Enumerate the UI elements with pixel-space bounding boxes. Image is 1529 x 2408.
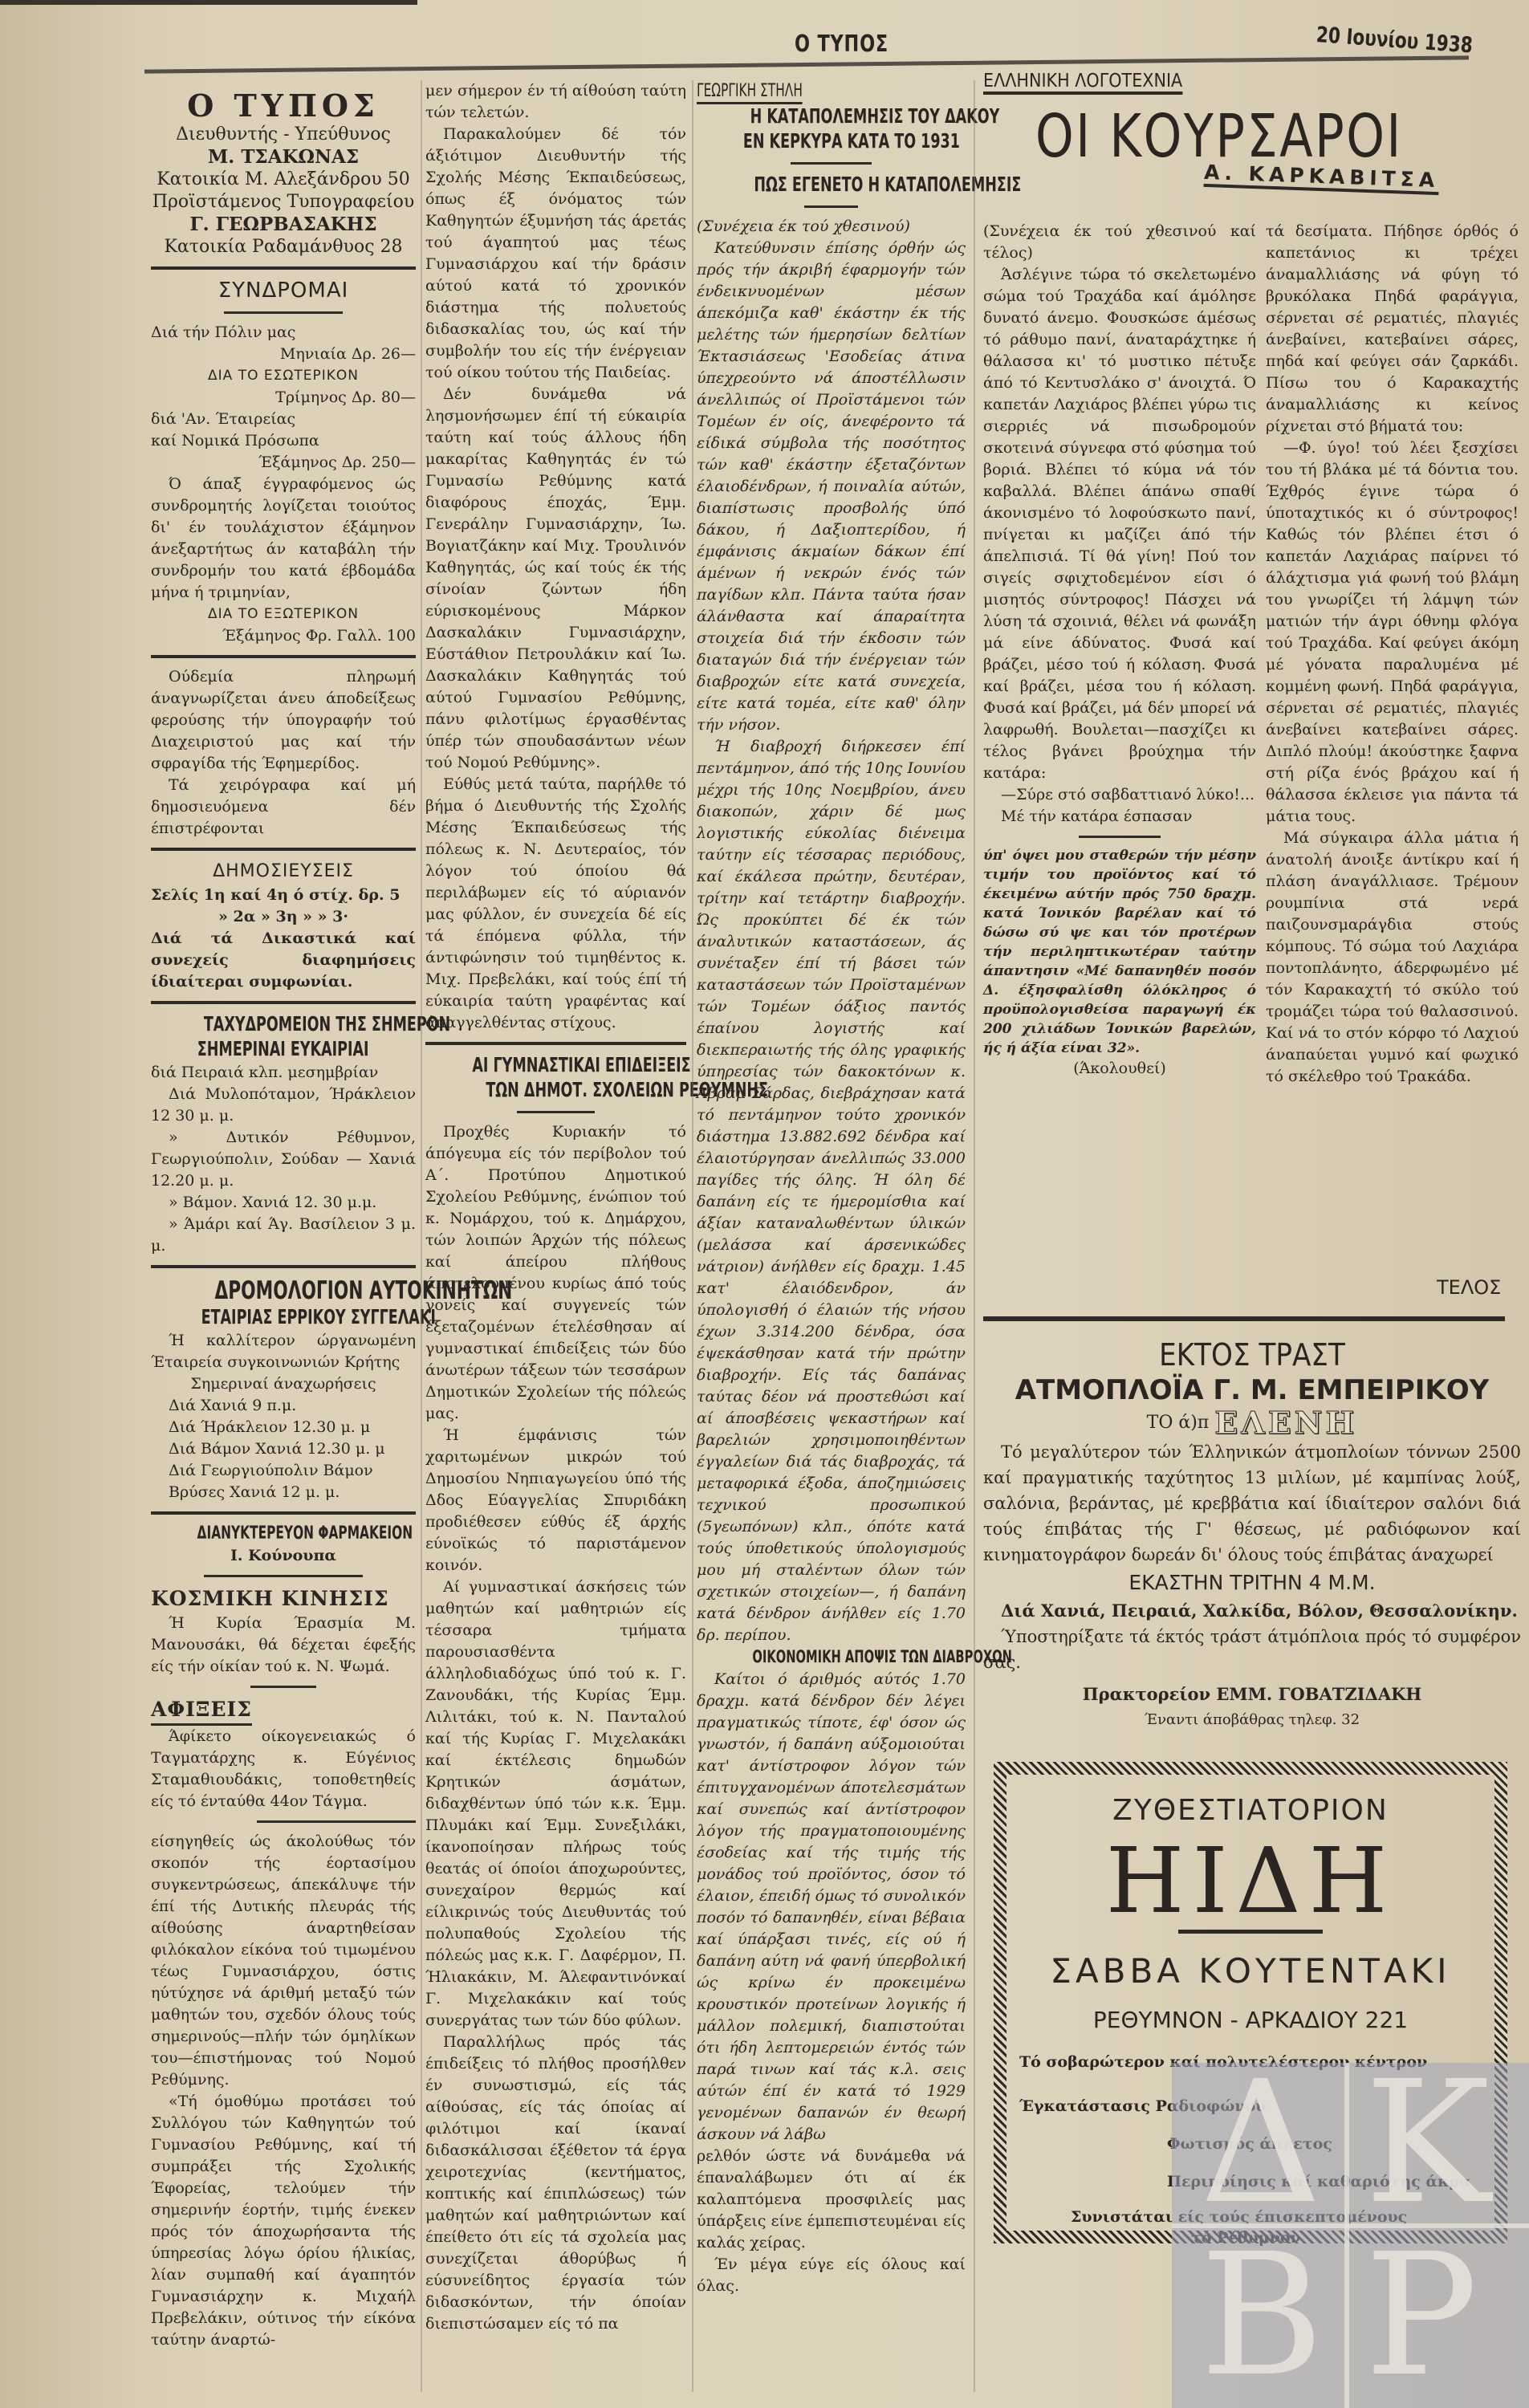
divider [224, 311, 344, 314]
section-label-agriculture: ΓΕΩΡΓΙΚΗ ΣΤΗΛΗ [697, 80, 803, 104]
watermark-letter: Κ [1364, 2063, 1490, 2223]
post-line: » Βάμον. Χανιά 12. 30 μ.μ. [151, 1192, 416, 1214]
continued-article-text: είσηγηθείς ώς άκολούθως τόν σκοπόν τής έ… [151, 1831, 416, 2091]
column-1: Ο ΤΥΠΟΣ Διευθυντής - Υπεύθυνος Μ. ΤΣΑΚΩΝ… [151, 88, 416, 2351]
divider [425, 1042, 686, 1045]
agriculture-headline-2: ΕΝ ΚΕΡΚΥΡΑ ΚΑΤΑ ΤΟ 1931 [743, 129, 960, 153]
archive-watermark: Δ Κ Β Ρ [1172, 2063, 1529, 2408]
ship-ad-vessel: ΤΟ ά)π ΕΛΕΝΗ [983, 1407, 1521, 1439]
companies-label: διά 'Αν. Έταιρείας [151, 409, 416, 430]
article-text: Ή έμφάνισις τών χαριτωμένων μικρών τού Δ… [425, 1425, 686, 1576]
printer-address: Κατοικία Ραδαμάνθυος 28 [151, 236, 416, 258]
payment-note: Ούδεμία πληρωμή άναγνωρίζεται άνευ άποδε… [151, 666, 416, 775]
story-author: Α. ΚΑΡΚΑΒΙΤΣΑ [1204, 161, 1440, 195]
ship-schedule: ΕΚΑΣΤΗΝ ΤΡΙΤΗΝ 4 Μ.Μ. [983, 1568, 1521, 1598]
ship-description: Τό μεγαλύτερον τών Έλληνικών άτμοπλοίων … [983, 1439, 1521, 1568]
bus-intro: Ή καλλίτερον ώργανωμένη Έταιρεία συγκοιν… [151, 1330, 416, 1373]
manuscripts-note: Τά χειρόγραφα καί μή δημοσιευόμενα δέν έ… [151, 775, 416, 840]
divider [517, 1111, 596, 1113]
director-address: Κατοικία Μ. Αλεξάνδρου 50 [151, 169, 416, 191]
interior-price: Τρίμηνος Δρ. 80— [151, 387, 416, 409]
story-text: τά δεσίματα. Πήδησε όρθός ό καπετάνιος κ… [1266, 221, 1519, 437]
section-label-literature: ΕΛΛΗΝΙΚΗ ΛΟΓΟΤΕΧΝΙΑ [983, 71, 1182, 95]
post-line: » Δυτικόν Ρέθυμνον, Γεωργιούπολιν, Σούδα… [151, 1127, 416, 1192]
social-heading: ΚΟΣΜΙΚΗ ΚΙΝΗΣΙΣ [151, 1585, 416, 1613]
bus-heading-2: ΕΤΑΙΡΙΑΣ ΕΡΡΙΚΟΥ ΣΥΓΓΕΛΑΚΙ [201, 1305, 436, 1329]
continued-note: (Συνέχεια έκ τού χθεσινού καί τέλος) [983, 221, 1256, 264]
companies-label-2: καί Νομικά Πρόσωπα [151, 430, 416, 452]
companies-price: Έξάμηνος Δρ. 250— [151, 452, 416, 474]
ship-agency: Πρακτορείον ΕΜΜ. ΓΟΒΑΤΖΙΔΑΚΗ [983, 1682, 1521, 1707]
divider [151, 1511, 416, 1515]
ad-rates-heading: ΔΗΜΟΣΙΕΥΣΕΙΣ [151, 859, 416, 885]
column-2: μεν σήμερον έν τή αίθούση ταύτη τών τελε… [425, 80, 686, 2335]
article-text: Έν μέγα εύγε είς όλους καί όλας. [697, 2254, 966, 2297]
bus-line: Διά Γεωργιούπολιν Βάμον [151, 1460, 416, 1482]
column-rule [692, 80, 693, 2392]
divider [151, 1001, 416, 1004]
story-curse: —Σύρε στό σαβδαττιανό λύκο!... [983, 784, 1256, 806]
article-text: Δέν δυνάμεθα νά λησμονήσωμεν έπί τή εύκα… [425, 384, 686, 774]
article-text: Καίτοι ό άριθμός αύτός 1.70 δραχμ. κατά … [697, 1669, 966, 2146]
story-title: ΟΙ ΚΟΥΡΣΑΡΟΙ [1035, 104, 1403, 169]
divider [804, 205, 858, 208]
publisher-title: Ο ΤΥΠΟΣ [151, 88, 416, 124]
article-text: ρελθόν ώστε νά δυνάμεθα νά έπαναλάβωμεν … [697, 2146, 966, 2254]
printer-name: Γ. ΓΕΩΡΒΑΣΑΚΗΣ [151, 214, 416, 236]
newspaper-page: Ο ΤΥΠΟΣ 20 Ιουνίου 1938 Ο ΤΥΠΟΣ Διευθυντ… [0, 0, 1529, 2408]
social-text: Ή Κυρία Έρασμία Μ. Μανουσάκι, θά δέχεται… [151, 1613, 416, 1678]
divider [983, 1316, 1505, 1321]
story-end: ΤΕΛΟΣ [1437, 1276, 1501, 1299]
pharmacy-name: Ι. Κούνουπα [151, 1545, 416, 1567]
watermark-letter: Δ [1200, 2063, 1322, 2223]
publisher-box: Ο ΤΥΠΟΣ Διευθυντής - Υπεύθυνος Μ. ΤΣΑΚΩΝ… [151, 88, 416, 258]
post-office-box: ΤΑΧΥΔΡΟΜΕΙΟΝ ΤΗΣ ΣΗΜΕΡΟΝ ΣΗΜΕΡΙΝΑΙ ΕΥΚΑΙ… [151, 1012, 416, 1257]
school-headline-1: ΑΙ ΓΥΜΝΑΣΤΙΚΑΙ ΕΠΙΔΕΙΞΕΙΣ [472, 1053, 690, 1077]
divider [204, 1575, 363, 1577]
ad-rate-line-1: Σελίς 1η καί 4η ό στίχ. δρ. 5 [151, 885, 416, 906]
beer-ad-address: ΡΕΘΥΜΝΟΝ - ΑΡΚΑΔΙΟΥ 221 [1006, 2007, 1494, 2033]
printer-label: Προϊστάμενος Τυπογραφείου [151, 191, 416, 214]
ship-destinations: Διά Χανιά, Πειραιά, Χαλκίδα, Βόλον, Θεσσ… [983, 1598, 1521, 1624]
post-heading-1: ΤΑΧΥΔΡΟΜΕΙΟΝ ΤΗΣ ΣΗΜΕΡΟΝ [204, 1012, 450, 1036]
ship-support: Ύποστηρίξατε τά έκτός τράστ άτμόπλοια πρ… [983, 1624, 1521, 1675]
quote-text: «Τή όμοθύμω προτάσει τού Συλλόγου τών Κα… [151, 2091, 416, 2351]
director-label: Διευθυντής - Υπεύθυνος [151, 124, 416, 146]
column-4: (Συνέχεια έκ τού χθεσινού καί τέλος) Άσλ… [983, 221, 1256, 1080]
divider [151, 1265, 416, 1268]
pharmacy-heading: ΔΙΑΝΥΚΤΕΡΕΥΟΝ ΦΑΡΜΑΚΕΙΟΝ [197, 1523, 413, 1544]
interior-heading: ΔΙΑ ΤΟ ΕΣΩΤΕΡΙΚΟΝ [151, 365, 416, 387]
bus-schedule-box: ΔΡΟΜΟΛΟΓΙΟΝ ΑΥΤΟΚΙΝΗΤΩΝ ΕΤΑΙΡΙΑΣ ΕΡΡΙΚΟΥ… [151, 1276, 416, 1503]
divider [151, 848, 416, 851]
subscription-note: Ό άπαξ έγγραφόμενος ώς συνδρομητής λογίζ… [151, 474, 416, 604]
ad-rate-line-3: Διά τά Δικαστικά καί συνεχείς διαφημήσει… [151, 928, 416, 993]
article-text: Προχθές Κυριακήν τό άπόγευμα είς τόν περ… [425, 1121, 686, 1425]
watermark-letter: Β [1200, 2235, 1324, 2396]
ship-ad-company: ΑΤΜΟΠΛΟΪΑ Γ. Μ. ΕΜΠΕΙΡΙΚΟΥ [983, 1373, 1521, 1407]
article-text: Αί γυμναστικαί άσκήσεις τών μαθητών καί … [425, 1576, 686, 2032]
divider [151, 655, 416, 658]
ship-prefix: ΤΟ ά)π [1147, 1413, 1210, 1433]
ship-name: ΕΛΕΝΗ [1214, 1405, 1357, 1441]
city-price: Μηνιαία Δρ. 26— [151, 344, 416, 365]
director-name: Μ. ΤΣΑΚΩΝΑΣ [151, 146, 416, 169]
watermark-letter: Ρ [1364, 2235, 1478, 2396]
arrivals-text: Άφίκετο οίκογενειακώς ό Ταγματάρχης κ. Ε… [151, 1726, 416, 1812]
watermark-line [1344, 2063, 1349, 2408]
beer-ad-name: ΗΙΔΗ [1006, 1833, 1494, 1930]
story-text: —Φ. ύγο! τού λέει ξεσχίσει του τή βλάκα … [1266, 437, 1519, 828]
masthead-date: 20 Ιουνίου 1938 [1316, 22, 1474, 59]
masthead-title: Ο ΤΥΠΟΣ [795, 31, 889, 57]
divider [250, 1686, 317, 1688]
divider [257, 1820, 416, 1823]
article-text: μεν σήμερον έν τή αίθούση ταύτη τών τελε… [425, 80, 686, 124]
follows-note: (Άκολουθεί) [983, 1058, 1256, 1080]
article-text: Παραλλήλως πρός τάς έπιδείξεις τό πλήθος… [425, 2032, 686, 2335]
ad-rates-box: ΔΗΜΟΣΙΕΥΣΕΙΣ Σελίς 1η καί 4η ό στίχ. δρ.… [151, 859, 416, 993]
article-text: Ή διαβροχή διήρκεσεν έπί πεντάμηνον, άπό… [697, 736, 966, 1646]
story-text: Μέ τήν κατάρα έσπασαν [983, 806, 1256, 828]
divider [791, 162, 872, 165]
post-line: Διά Μυλοπόταμον, Ήράκλειον 12 30 μ. μ. [151, 1084, 416, 1127]
post-line: » Άμάρι καί Άγ. Βασίλειον 3 μ. μ. [151, 1214, 416, 1257]
post-line: διά Πειραιά κλπ. μεσημβρίαν [151, 1062, 416, 1084]
column-rule [421, 80, 422, 2392]
city-label: Διά τήν Πόλιν μας [151, 322, 416, 344]
pharmacy-box: ΔΙΑΝΥΚΤΕΡΕΥΟΝ ΦΑΡΜΑΚΕΙΟΝ Ι. Κούνουπα [151, 1523, 416, 1567]
abroad-heading: ΔΙΑ ΤΟ ΕΞΩΤΕΡΙΚΟΝ [151, 604, 416, 625]
bus-line: Διά Βάμον Χανιά 12.30 μ. μ [151, 1438, 416, 1460]
beer-ad-owner: ΣΑΒΒΑ ΚΟΥΤΕΝΤΑΚΙ [1006, 1951, 1494, 1991]
column-rule [974, 80, 975, 2392]
top-edge-shadow [0, 0, 417, 5]
bus-departures-label: Σημεριναί άναχωρήσεις [151, 1373, 416, 1395]
article-text: Κατεύθυνσιν έπίσης όρθήν ώς πρός τήν άκρ… [697, 238, 966, 736]
column-5: τά δεσίματα. Πήδησε όρθός ό καπετάνιος κ… [1266, 221, 1519, 1088]
article-text: Παρακαλούμεν δέ τόν άξιότιμον Διευθυντήν… [425, 124, 686, 384]
ship-ad-line-1: ΕΚΤΟΣ ΤΡΑΣΤ [1011, 1336, 1494, 1373]
divider [151, 266, 416, 270]
continued-note: (Συνέχεια έκ τού χθεσινού) [697, 216, 966, 238]
story-text: Άσλέγινε τώρα τό σκελετωμένο σώμα τού Τρ… [983, 264, 1256, 784]
ad-rate-line-2: » 2α » 3η » » 3· [151, 906, 416, 928]
agriculture-footnote: ύπ' όψει μου σταθερών τήν μέσην τιμήν το… [983, 846, 1256, 1058]
ship-advertisement: ΕΚΤΟΣ ΤΡΑΣΤ ΑΤΜΟΠΛΟΪΑ Γ. Μ. ΕΜΠΕΙΡΙΚΟΥ Τ… [983, 1336, 1521, 1733]
divider [1079, 836, 1161, 838]
page-spine-shadow [0, 0, 144, 2408]
story-text: Μά σύγκαιρα άλλα μάτια ή άνατολή άνοιξε … [1266, 828, 1519, 1088]
subscriptions-box: ΣΥΝΔΡΟΜΑΙ Διά τήν Πόλιν μας Μηνιαία Δρ. … [151, 278, 416, 647]
beer-ad-type: ΖΥΘΕΣΤΙΑΤΟΡΙΟΝ [1006, 1794, 1494, 1827]
article-text: Εύθύς μετά ταύτα, παρήλθε τό βήμα ό Διευ… [425, 774, 686, 1034]
column-3: ΓΕΩΡΓΙΚΗ ΣΤΗΛΗ Η ΚΑΤΑΠΟΛΕΜΗΣΙΣ ΤΟΥ ΔΑΚΟΥ… [697, 80, 966, 2297]
subscriptions-heading: ΣΥΝΔΡΟΜΑΙ [151, 278, 416, 303]
bus-line: Διά Χανιά 9 π.μ. [151, 1395, 416, 1417]
masthead-rule [144, 55, 1469, 73]
bus-line: Βρύσες Χανιά 12 μ. μ. [151, 1482, 416, 1503]
masthead: Ο ΤΥΠΟΣ 20 Ιουνίου 1938 [144, 22, 1525, 71]
post-heading-2: ΣΗΜΕΡΙΝΑΙ ΕΥΚΑΙΡΙΑΙ [197, 1037, 369, 1061]
agriculture-subheadline: ΠΩΣ ΕΓΕΝΕΤΟ Η ΚΑΤΑΠΟΛΕΜΗΣΙΣ [754, 173, 1021, 197]
arrivals-heading: ΑΦΙΞΕΙΣ [151, 1696, 252, 1726]
abroad-price: Έξάμηνος Φρ. Γαλλ. 100 [151, 625, 416, 647]
ship-address: Έναντι άποβάθρας τηλεφ. 32 [983, 1707, 1521, 1733]
bus-line: Διά Ήράκλειον 12.30 μ. μ [151, 1417, 416, 1438]
agriculture-headline-1: Η ΚΑΤΑΠΟΛΕΜΗΣΙΣ ΤΟΥ ΔΑΚΟΥ [750, 104, 1000, 128]
